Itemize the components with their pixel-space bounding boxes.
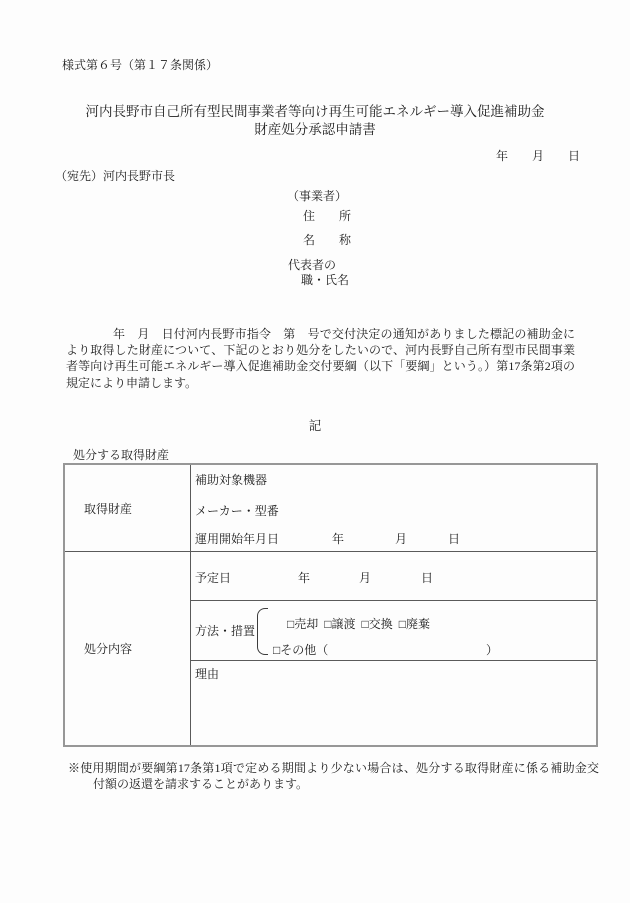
start-day-label: 日 bbox=[448, 530, 460, 547]
checkbox-option-exchange: □交換 bbox=[362, 615, 393, 632]
operation-start-date-label: 運用開始年月日 bbox=[195, 530, 279, 547]
checkbox-option-other: □その他（ bbox=[273, 641, 328, 658]
start-year-label: 年 bbox=[332, 530, 344, 547]
address-label: 住 所 bbox=[303, 207, 351, 224]
start-month-label: 月 bbox=[395, 530, 407, 547]
acquired-property-label: 取得財産 bbox=[84, 500, 132, 517]
method-options-row: □売却 □譲渡 □交換 □廃棄 bbox=[287, 615, 430, 632]
form-number: 様式第６号（第１７条関係） bbox=[62, 56, 218, 73]
addressee: （宛先）河内長野市長 bbox=[55, 167, 175, 184]
disposal-content-label: 処分内容 bbox=[84, 640, 132, 657]
reason-cell: 理由 bbox=[191, 661, 596, 745]
form-page: 様式第６号（第１７条関係） 河内長野市自己所有型民間事業者等向け再生可能エネルギ… bbox=[0, 0, 630, 903]
scheduled-month-label: 月 bbox=[359, 569, 371, 586]
document-title-line2: 財産処分承認申請書 bbox=[0, 118, 630, 138]
document-title-line1: 河内長野市自己所有型民間事業者等向け再生可能エネルギー導入促進補助金 bbox=[0, 100, 630, 120]
grouping-bracket-icon bbox=[257, 608, 268, 655]
scheduled-day-label: 日 bbox=[421, 569, 433, 586]
row-header-acquired-property: 取得財産 bbox=[65, 465, 190, 551]
name-label: 名 称 bbox=[303, 231, 351, 248]
notation-ki: 記 bbox=[0, 416, 630, 434]
representative-label-line2: 職・氏名 bbox=[301, 271, 349, 288]
method-cell: 方法・措置 □売却 □譲渡 □交換 □廃棄 □その他（ ） bbox=[191, 601, 596, 660]
maker-model-label: メーカー・型番 bbox=[195, 502, 279, 519]
property-disposal-table: 取得財産 処分内容 補助対象機器 メーカー・型番 運用開始年月日 年 月 日 予… bbox=[63, 463, 598, 747]
footnote: ※使用期間が要綱第17条第1項で定める期間より少ない場合は、処分する取得財産に係… bbox=[68, 760, 599, 793]
subsidized-equipment-label: 補助対象機器 bbox=[195, 471, 267, 488]
row-header-disposal-content: 処分内容 bbox=[65, 552, 190, 745]
applicant-section-label: （事業者） bbox=[287, 187, 347, 204]
checkbox-option-transfer: □譲渡 bbox=[324, 615, 355, 632]
body-paragraph: 年 月 日付河内長野市指令 第 号で交付決定の通知がありました標記の補助金により… bbox=[66, 326, 575, 391]
scheduled-date-label: 予定日 bbox=[195, 569, 231, 586]
scheduled-date-cell: 予定日 年 月 日 bbox=[191, 552, 596, 600]
acquired-property-cell: 補助対象機器 メーカー・型番 運用開始年月日 年 月 日 bbox=[191, 465, 596, 551]
checkbox-option-sale: □売却 bbox=[287, 615, 318, 632]
table-caption: 処分する取得財産 bbox=[73, 446, 169, 463]
reason-label: 理由 bbox=[195, 665, 219, 682]
scheduled-year-label: 年 bbox=[298, 569, 310, 586]
checkbox-option-discard: □廃棄 bbox=[399, 615, 430, 632]
date-field: 年 月 日 bbox=[496, 147, 580, 164]
other-option-close-paren: ） bbox=[486, 641, 498, 658]
method-label: 方法・措置 bbox=[195, 622, 255, 639]
